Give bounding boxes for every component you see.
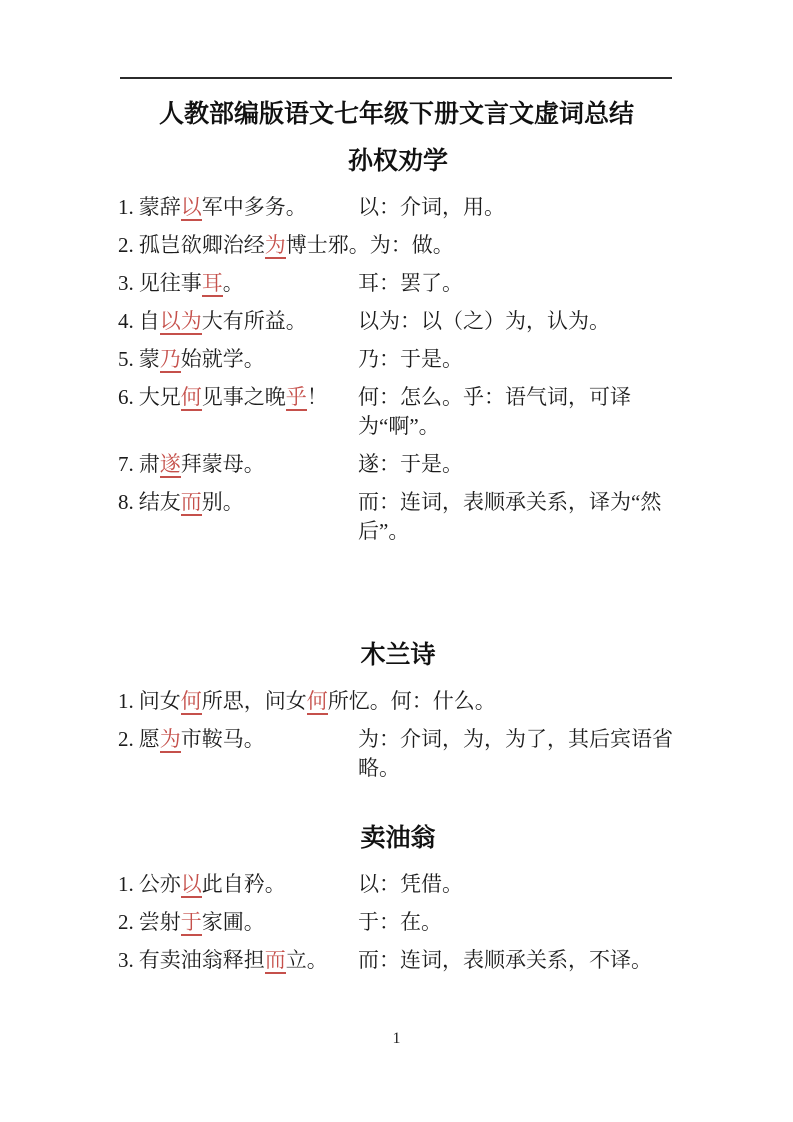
section-heading: 木兰诗 — [118, 640, 678, 671]
item-sentence: 7.肃遂拜蒙母。 — [118, 450, 358, 479]
sentence-text: 所思，问女 — [202, 689, 307, 713]
sentence-text: 拜蒙母。 — [181, 452, 265, 476]
item-sentence: 2.愿为市鞍马。 — [118, 725, 358, 754]
item-sentence: 5.蒙乃始就学。 — [118, 345, 358, 374]
item-sentence: 1.蒙辞以军中多务。 — [118, 193, 358, 222]
item-sentence: 2.孤岂欲卿治经为博士邪。 — [118, 231, 370, 260]
item-row: 2.孤岂欲卿治经为博士邪。为：做。 — [118, 231, 678, 260]
highlighted-particle: 何 — [307, 689, 328, 715]
sentence-text: 孤岂欲卿治经 — [139, 233, 265, 257]
sentence-text: 始就学。 — [181, 347, 265, 371]
sections-container: 孙权劝学1.蒙辞以军中多务。以：介词，用。2.孤岂欲卿治经为博士邪。为：做。3.… — [0, 146, 793, 975]
section: 卖油翁1.公亦以此自矜。以：凭借。2.尝射于家圃。于：在。3.有卖油翁释担而立。… — [0, 823, 793, 975]
item-row: 6.大兄何见事之晚乎！何：怎么。乎：语气词，可译为“啊”。 — [118, 383, 678, 441]
item-row: 7.肃遂拜蒙母。遂：于是。 — [118, 450, 678, 479]
item-row: 3.有卖油翁释担而立。而：连词，表顺承关系，不译。 — [118, 946, 678, 975]
item-explanation: 为：介词，为，为了，其后宾语省略。 — [358, 725, 678, 783]
sentence-text: 大兄 — [139, 385, 181, 409]
highlighted-particle: 以为 — [160, 309, 202, 335]
highlighted-particle: 乎 — [286, 385, 307, 411]
sentence-text: 。 — [223, 271, 244, 295]
sentence-text: ！ — [307, 385, 328, 409]
item-number: 5. — [118, 345, 134, 374]
section: 孙权劝学1.蒙辞以军中多务。以：介词，用。2.孤岂欲卿治经为博士邪。为：做。3.… — [0, 146, 793, 546]
item-number: 8. — [118, 488, 134, 517]
highlighted-particle: 何 — [181, 689, 202, 715]
item-explanation: 耳：罢了。 — [358, 269, 678, 298]
highlighted-particle: 遂 — [160, 452, 181, 478]
item-sentence: 3.有卖油翁释担而立。 — [118, 946, 358, 975]
sentence-text: 肃 — [139, 452, 160, 476]
item-explanation: 而：连词，表顺承关系，译为“然后”。 — [358, 488, 678, 546]
highlighted-particle: 以 — [181, 872, 202, 898]
sentence-text: 军中多务。 — [202, 195, 307, 219]
item-row: 8.结友而别。而：连词，表顺承关系，译为“然后”。 — [118, 488, 678, 546]
item-row: 4.自以为大有所益。以为：以（之）为，认为。 — [118, 307, 678, 336]
item-explanation: 何：怎么。乎：语气词，可译为“啊”。 — [358, 383, 678, 441]
section-heading: 卖油翁 — [118, 823, 678, 854]
item-explanation: 于：在。 — [358, 908, 678, 937]
highlighted-particle: 乃 — [160, 347, 181, 373]
item-number: 2. — [118, 725, 134, 754]
item-sentence: 6.大兄何见事之晚乎！ — [118, 383, 358, 412]
highlighted-particle: 为 — [160, 727, 181, 753]
item-sentence: 4.自以为大有所益。 — [118, 307, 358, 336]
highlighted-particle: 而 — [265, 948, 286, 974]
item-number: 7. — [118, 450, 134, 479]
sentence-text: 大有所益。 — [202, 309, 307, 333]
item-sentence: 2.尝射于家圃。 — [118, 908, 358, 937]
sentence-text: 有卖油翁释担 — [139, 948, 265, 972]
section: 木兰诗1.问女何所思，问女何所忆。何：什么。2.愿为市鞍马。为：介词，为，为了，… — [0, 640, 793, 783]
section-heading: 孙权劝学 — [118, 146, 678, 177]
item-row: 2.愿为市鞍马。为：介词，为，为了，其后宾语省略。 — [118, 725, 678, 783]
item-number: 4. — [118, 307, 134, 336]
item-number: 1. — [118, 193, 134, 222]
item-row: 2.尝射于家圃。于：在。 — [118, 908, 678, 937]
sentence-text: 此自矜。 — [202, 872, 286, 896]
item-number: 3. — [118, 946, 134, 975]
item-explanation: 为：做。 — [370, 231, 678, 260]
item-number: 2. — [118, 231, 134, 260]
item-explanation: 以：凭借。 — [358, 870, 678, 899]
item-sentence: 8.结友而别。 — [118, 488, 358, 517]
item-number: 1. — [118, 870, 134, 899]
sentence-text: 市鞍马。 — [181, 727, 265, 751]
item-number: 3. — [118, 269, 134, 298]
sentence-text: 自 — [139, 309, 160, 333]
sentence-text: 家圃。 — [202, 910, 265, 934]
sentence-text: 问女 — [139, 689, 181, 713]
highlighted-particle: 而 — [181, 490, 202, 516]
item-row: 3.见往事耳。耳：罢了。 — [118, 269, 678, 298]
item-explanation: 乃：于是。 — [358, 345, 678, 374]
sentence-text: 愿 — [139, 727, 160, 751]
sentence-text: 公亦 — [139, 872, 181, 896]
item-row: 1.问女何所思，问女何所忆。何：什么。 — [118, 687, 678, 716]
item-sentence: 1.问女何所思，问女何所忆。 — [118, 687, 391, 716]
sentence-text: 立。 — [286, 948, 328, 972]
item-explanation: 何：什么。 — [391, 687, 678, 716]
document-page: 人教部编版语文七年级下册文言文虚词总结 孙权劝学1.蒙辞以军中多务。以：介词，用… — [0, 0, 793, 1122]
item-number: 6. — [118, 383, 134, 412]
document-title: 人教部编版语文七年级下册文言文虚词总结 — [0, 0, 793, 130]
highlighted-particle: 何 — [181, 385, 202, 411]
item-number: 1. — [118, 687, 134, 716]
sentence-text: 所忆。 — [328, 689, 391, 713]
item-sentence: 3.见往事耳。 — [118, 269, 358, 298]
item-explanation: 而：连词，表顺承关系，不译。 — [358, 946, 678, 975]
item-number: 2. — [118, 908, 134, 937]
highlighted-particle: 耳 — [202, 271, 223, 297]
sentence-text: 蒙辞 — [139, 195, 181, 219]
item-explanation: 遂：于是。 — [358, 450, 678, 479]
header-rule — [120, 77, 672, 79]
item-sentence: 1.公亦以此自矜。 — [118, 870, 358, 899]
highlighted-particle: 于 — [181, 910, 202, 936]
sentence-text: 尝射 — [139, 910, 181, 934]
highlighted-particle: 以 — [181, 195, 202, 221]
page-number: 1 — [0, 1030, 793, 1048]
item-row: 5.蒙乃始就学。乃：于是。 — [118, 345, 678, 374]
sentence-text: 见事之晚 — [202, 385, 286, 409]
sentence-text: 博士邪。 — [286, 233, 370, 257]
highlighted-particle: 为 — [265, 233, 286, 259]
sentence-text: 见往事 — [139, 271, 202, 295]
item-explanation: 以为：以（之）为，认为。 — [358, 307, 678, 336]
sentence-text: 结友 — [139, 490, 181, 514]
sentence-text: 别。 — [202, 490, 244, 514]
item-row: 1.公亦以此自矜。以：凭借。 — [118, 870, 678, 899]
sentence-text: 蒙 — [139, 347, 160, 371]
item-row: 1.蒙辞以军中多务。以：介词，用。 — [118, 193, 678, 222]
item-explanation: 以：介词，用。 — [358, 193, 678, 222]
